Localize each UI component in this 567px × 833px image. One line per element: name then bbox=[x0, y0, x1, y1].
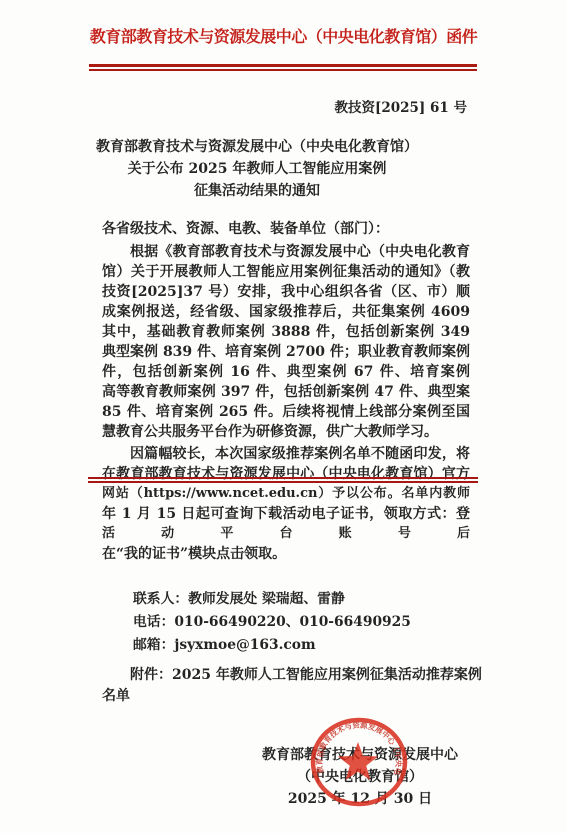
body-paragraph-1: 根据《教育部教育技术与资源发展中心（中央电化教育 馆）关于开展教师人工智能应用案… bbox=[102, 242, 470, 442]
body-line: 网站（https://www.ncet.edu.cn）予以公布。名单内教师自 2… bbox=[102, 484, 470, 504]
body-line: 慧教育公共服务平台作为研修资源，供广大教师学习。 bbox=[102, 422, 470, 442]
red-rule-overlay bbox=[88, 477, 478, 483]
body-line: 活动平台账号后（https://huodong.ncet.edu.cn/hd/d… bbox=[102, 524, 470, 544]
rule-thin-line bbox=[89, 69, 477, 71]
contact-email-line: 邮箱：jsyxmoe@163.com bbox=[133, 634, 463, 657]
seal-ring-text: 教育部教育技术与资源发展中心（中央电化教育馆） bbox=[294, 700, 404, 777]
body-paragraph-2: 因篇幅较长，本次国家级推荐案例名单不随函印发，将 在教育部教育技术与资源发展中心… bbox=[102, 444, 470, 564]
salutation-line: 各省级技术、资源、电教、装备单位（部门）： bbox=[102, 219, 482, 239]
body-line: 其中，基础教育教师案例 3888 件，包括创新案例 349 件、 bbox=[102, 322, 470, 342]
document-page: 教育部教育技术与资源发展中心（中央电化教育馆）函件 教技资[2025] 61 号… bbox=[0, 0, 567, 833]
body-line: 在“我的证书”模块点击领取。 bbox=[102, 544, 470, 564]
body-line: 技资[2025]37 号）安排，我中心组织各省（区、市）顺利完 bbox=[102, 282, 470, 302]
notice-title-line-2: 关于公布 2025 年教师人工智能应用案例 bbox=[72, 158, 442, 180]
body-line: 根据《教育部教育技术与资源发展中心（中央电化教育 bbox=[102, 242, 470, 262]
notice-title-line-3: 征集活动结果的通知 bbox=[72, 180, 442, 202]
body-line: 馆）关于开展教师人工智能应用案例征集活动的通知》（教 bbox=[102, 262, 470, 282]
body-line: 高等教育教师案例 397 件，包括创新案例 47 件、典型案例 bbox=[102, 382, 470, 402]
masthead-title: 教育部教育技术与资源发展中心（中央电化教育馆）函件 bbox=[0, 24, 567, 47]
body-line: 85 件、培育案例 265 件。后续将视情上线部分案例至国家智 bbox=[102, 402, 470, 422]
document-number: 教技资[2025] 61 号 bbox=[0, 96, 467, 116]
rule-thin-line bbox=[88, 481, 478, 483]
attachment-line-1: 附件：2025 年教师人工智能应用案例征集活动推荐案例 bbox=[102, 665, 482, 686]
contact-block: 联系人：教师发展处 梁瑞超、雷静 电话：010-66490220、010-664… bbox=[133, 588, 463, 657]
red-star-icon bbox=[338, 742, 378, 780]
contact-phone-line: 电话：010-66490220、010-66490925 bbox=[133, 611, 463, 634]
body-line: 因篇幅较长，本次国家级推荐案例名单不随函印发，将 bbox=[102, 444, 470, 464]
notice-title-line-1: 教育部教育技术与资源发展中心（中央电化教育馆） bbox=[72, 136, 442, 158]
contact-person-line: 联系人：教师发展处 梁瑞超、雷静 bbox=[133, 588, 463, 611]
attachment-line-2: 名单 bbox=[102, 686, 482, 707]
body-line: 成案例报送，经省级、国家级推荐后，共征集案例 4609 件。 bbox=[102, 302, 470, 322]
masthead-double-rule bbox=[89, 64, 477, 71]
body-line: 典型案例 839 件、培育案例 2700 件；职业教育教师案例 324 bbox=[102, 342, 470, 362]
notice-title: 教育部教育技术与资源发展中心（中央电化教育馆） 关于公布 2025 年教师人工智… bbox=[72, 136, 442, 202]
body-line: 件，包括创新案例 16 件、典型案例 67 件、培育案例 241 件； bbox=[102, 362, 470, 382]
seal-ring-text-path: 教育部教育技术与资源发展中心（中央电化教育馆） bbox=[294, 700, 404, 777]
body-line: 年 1 月 15 日起可查询下载活动电子证书，领取方式：登录 bbox=[102, 504, 470, 524]
attachment-block: 附件：2025 年教师人工智能应用案例征集活动推荐案例 名单 bbox=[102, 665, 482, 707]
official-seal: 教育部教育技术与资源发展中心（中央电化教育馆） bbox=[294, 700, 424, 824]
